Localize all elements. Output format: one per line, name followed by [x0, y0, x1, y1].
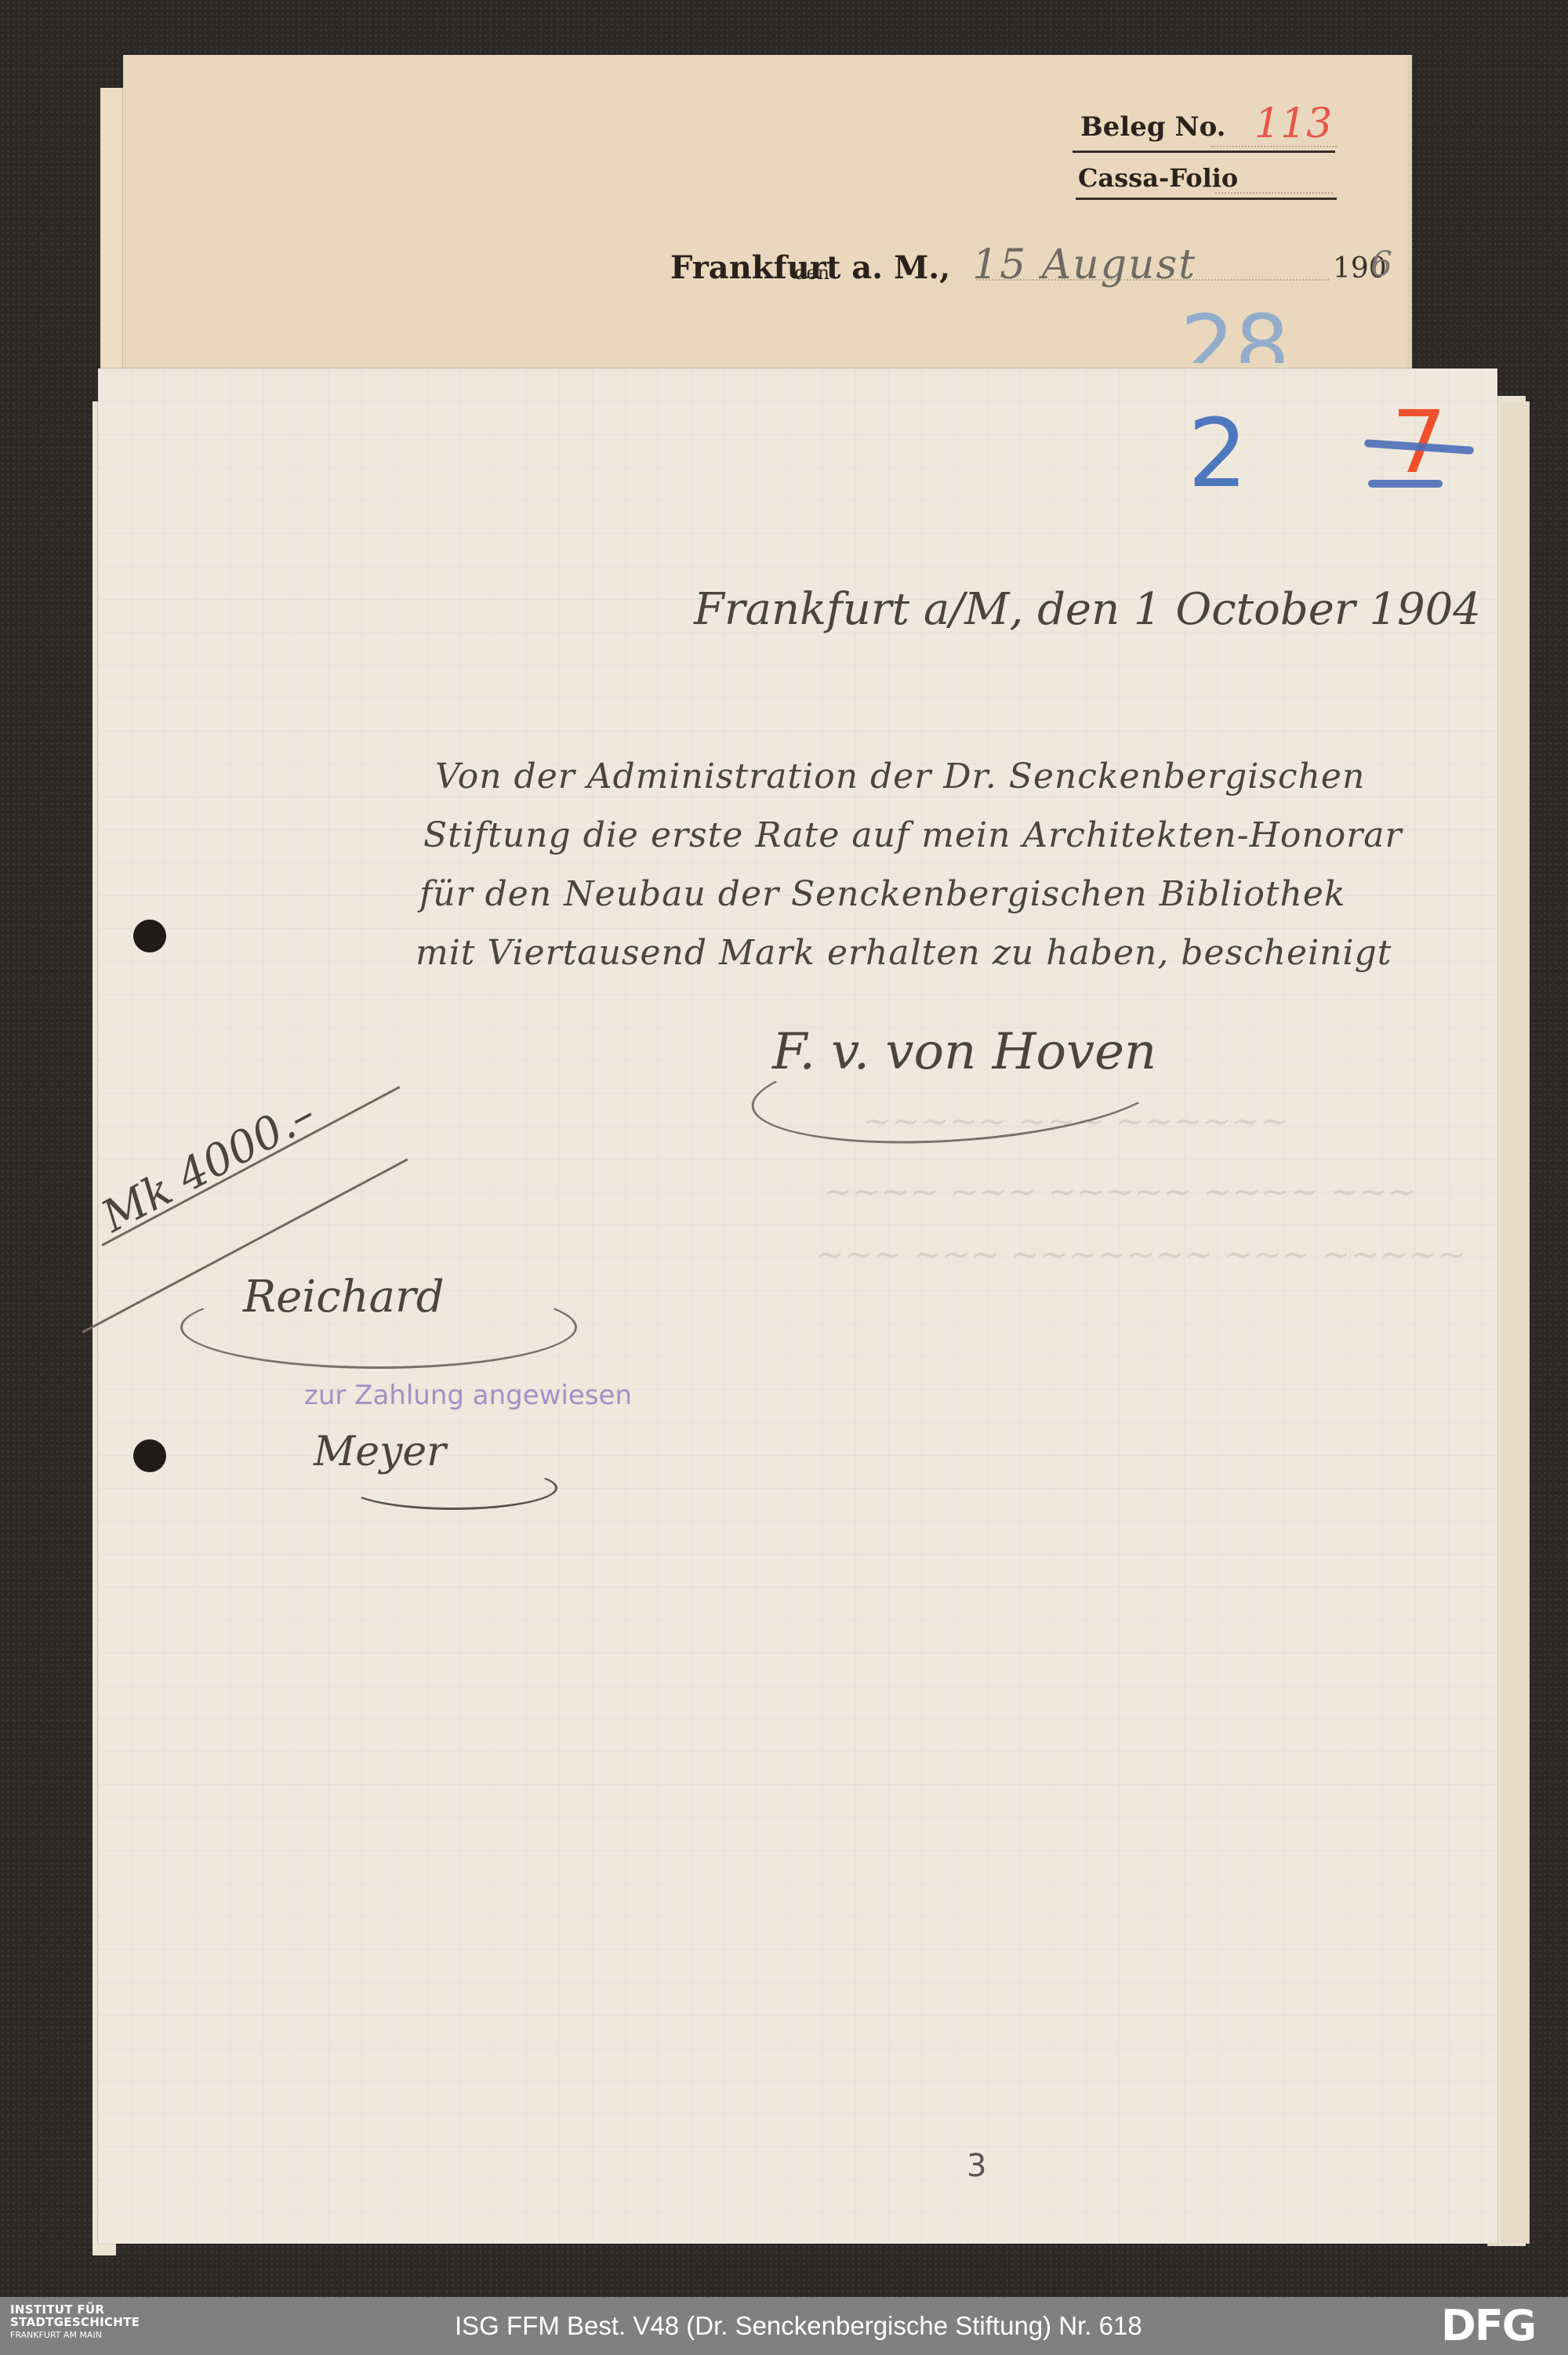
- cassa-rule: [1076, 198, 1337, 200]
- beleg-label: Beleg No.: [1080, 111, 1226, 143]
- beleg-number: 113: [1254, 100, 1332, 147]
- letter-date-line: Frankfurt a/M, den 1 October 1904: [694, 584, 1481, 635]
- year-handwritten: 6: [1370, 245, 1392, 285]
- punch-hole-lower: [133, 1439, 166, 1472]
- payment-stamp: zur Zahlung angewiesen: [304, 1380, 632, 1411]
- isg-logo: INSTITUT FÜR STADTGESCHICHTE FRANKFURT A…: [10, 2303, 140, 2342]
- letter-body-line: Von der Administration der Dr. Senckenbe…: [435, 757, 1365, 796]
- letter-body-line: für den Neubau der Senckenbergischen Bib…: [419, 874, 1346, 914]
- strikethrough-lower: [1368, 480, 1443, 488]
- archive-caption: ISG FFM Best. V48 (Dr. Senckenbergische …: [455, 2311, 1142, 2341]
- isg-logo-line1: INSTITUT FÜR: [10, 2303, 140, 2316]
- isg-logo-line3: FRANKFURT AM MAIN: [10, 2329, 140, 2342]
- cassa-dotted-line: [1215, 192, 1333, 194]
- date-handwritten: 15 August: [972, 241, 1196, 288]
- approval-flourish: [349, 1466, 557, 1510]
- stacked-sheets-right-inner: [1501, 401, 1530, 2244]
- blue-pencil-number-back: 28: [1180, 296, 1290, 363]
- back-sheet-right-edge: [1407, 55, 1412, 368]
- isg-logo-line2: STADTGESCHICHTE: [10, 2316, 140, 2328]
- footer-bar: INSTITUT FÜR STADTGESCHICHTE FRANKFURT A…: [0, 2297, 1568, 2355]
- bleed-through-text: ~~~~ ~~~ ~~~~~ ~~~~ ~~~: [823, 1172, 1416, 1212]
- countersignature-flourish: [180, 1286, 577, 1369]
- letter-body-line: Stiftung die erste Rate auf mein Archite…: [423, 815, 1403, 855]
- den-label: den: [794, 262, 829, 284]
- cassa-folio-label: Cassa-Folio: [1078, 163, 1238, 193]
- page-number: 3: [967, 2148, 986, 2184]
- beleg-rule: [1073, 151, 1335, 153]
- letter-body-line: mit Viertausend Mark erhalten zu haben, …: [416, 933, 1392, 973]
- punch-hole-upper: [133, 920, 166, 953]
- beleg-dotted-line: [1211, 146, 1337, 147]
- bleed-through-text: ~~~ ~~~ ~~~~~~~ ~~~ ~~~~~: [815, 1235, 1466, 1275]
- archive-number-blue: 2: [1188, 400, 1247, 509]
- dfg-logo: DFG: [1441, 2303, 1535, 2349]
